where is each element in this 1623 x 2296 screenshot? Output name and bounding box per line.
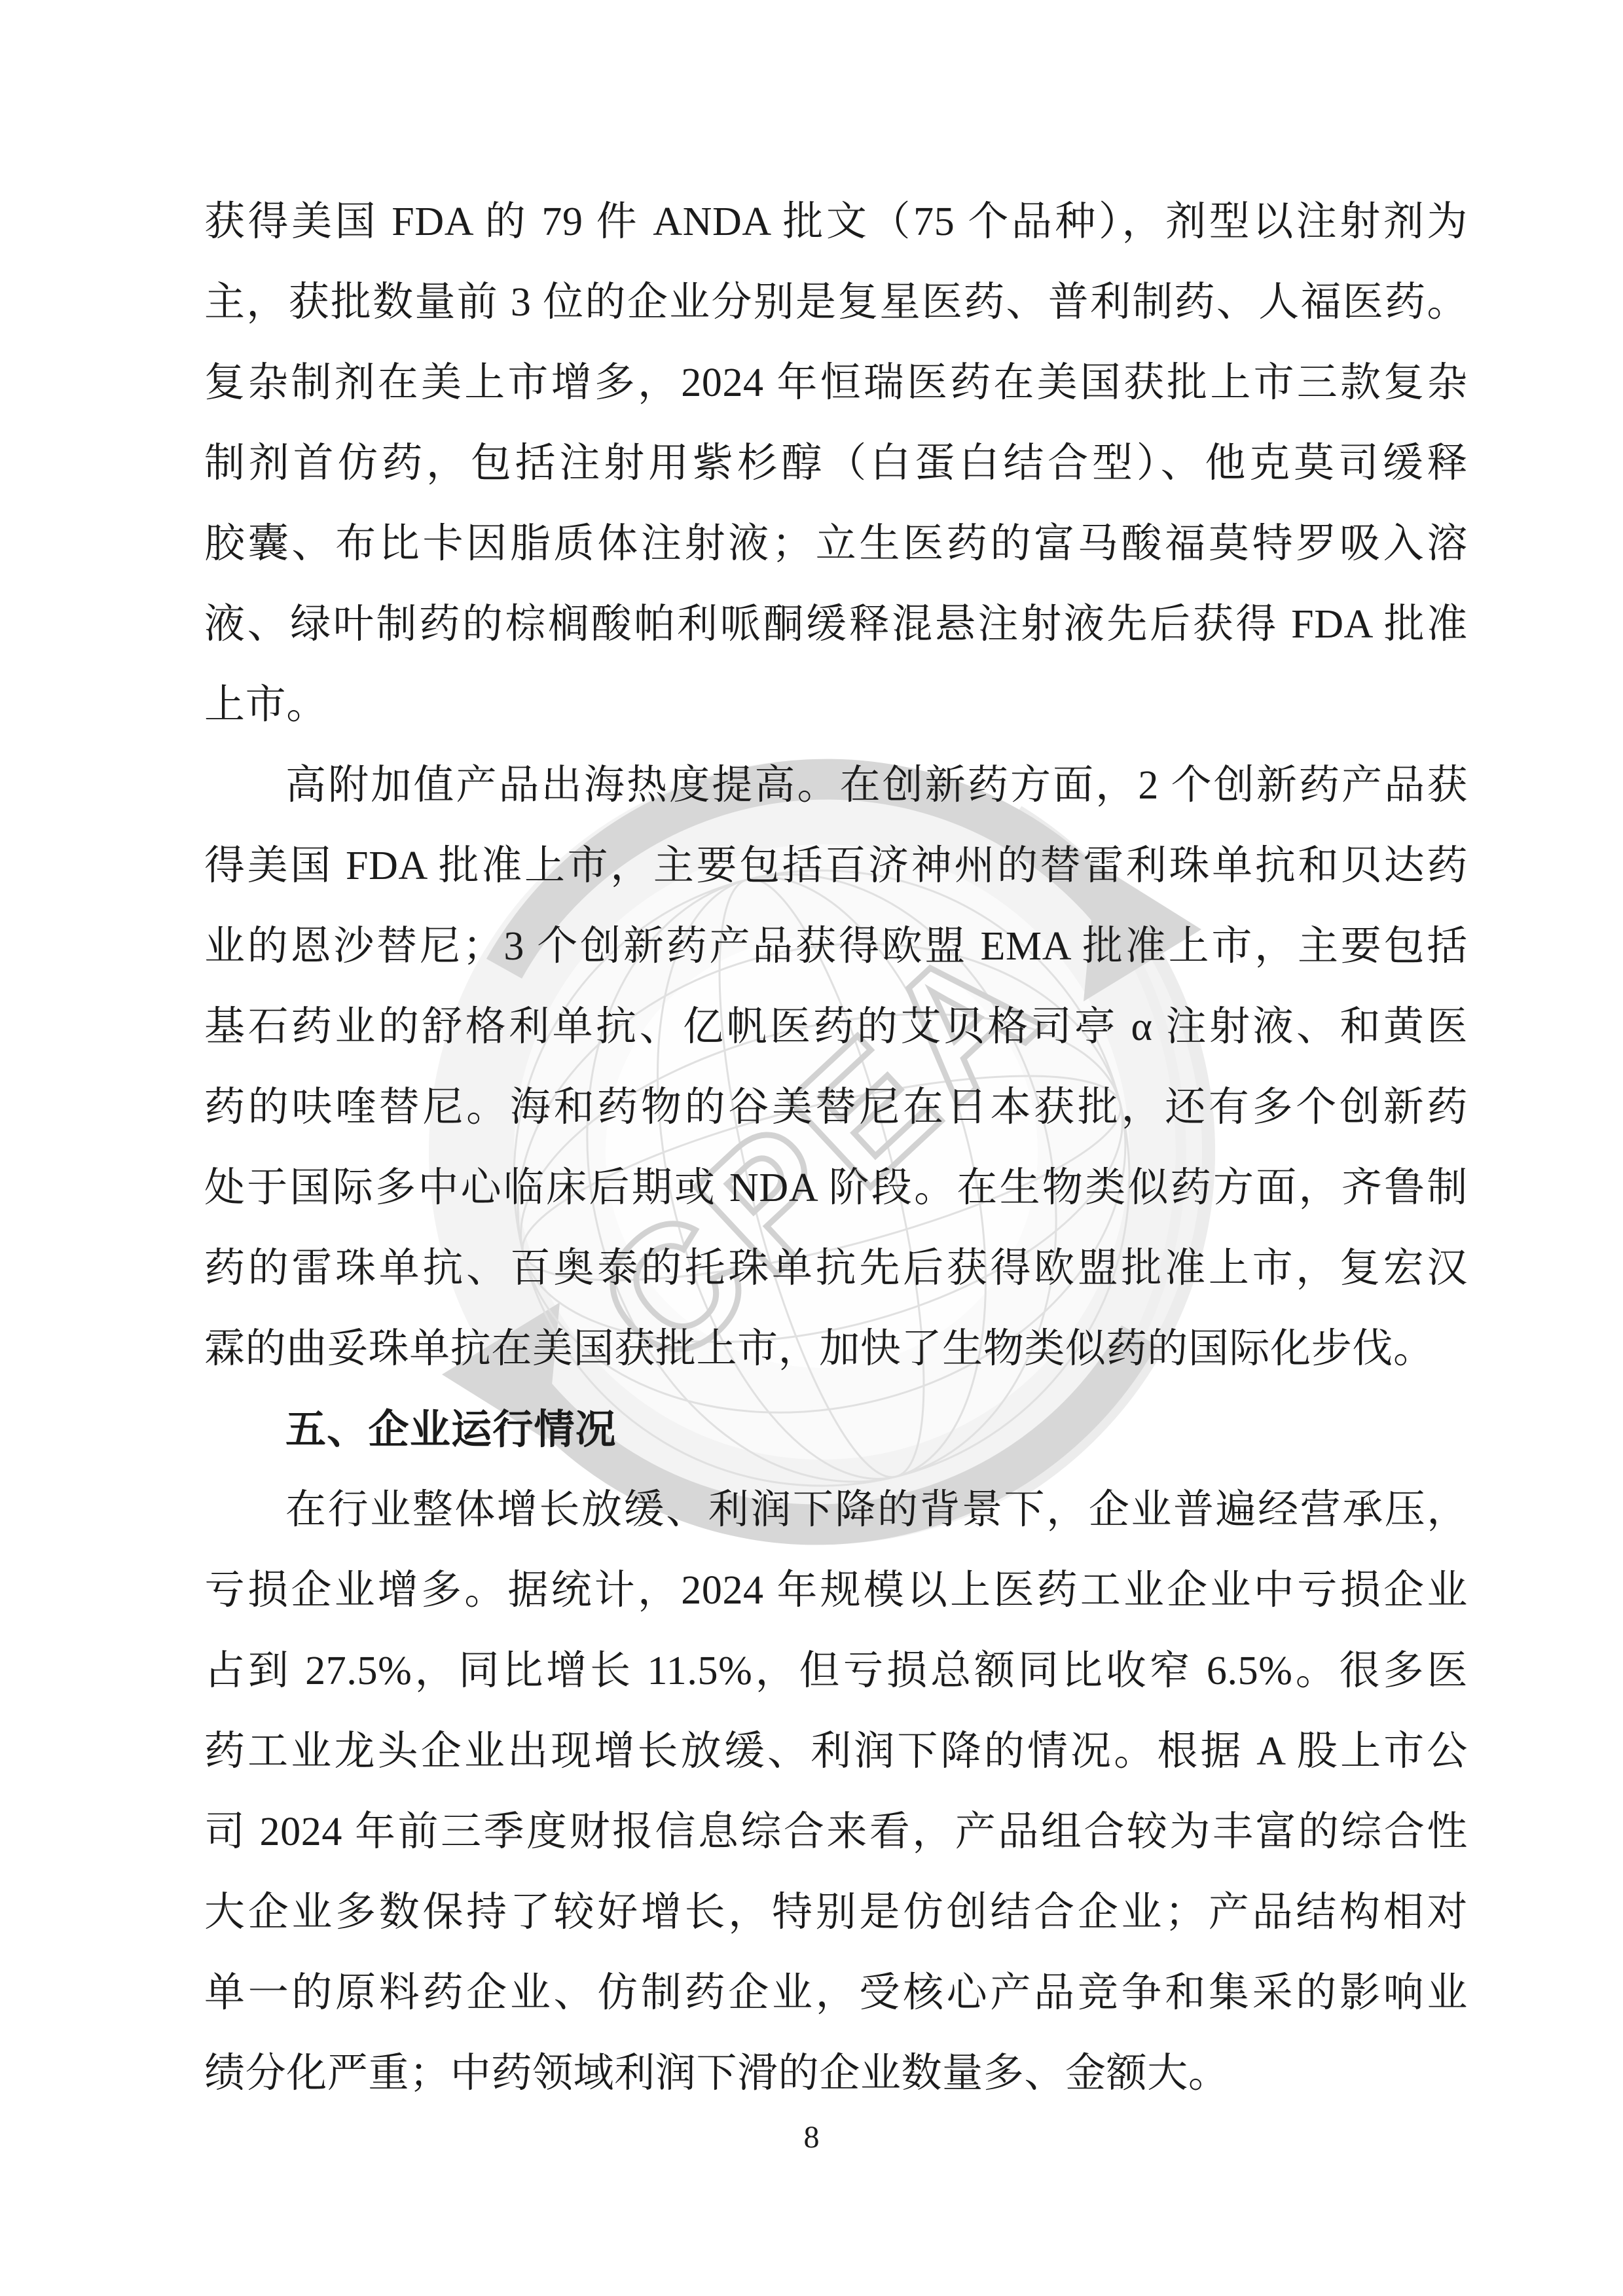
body-line: 单一的原料药企业、仿制药企业，受核心产品竞争和集采的影响业 [204,1953,1468,2034]
body-line: 高附加值产品出海热度提高。在创新药方面，2 个创新药产品获 [204,745,1468,826]
body-line: 液、绿叶制药的棕榈酸帕利哌酮缓释混悬注射液先后获得 FDA 批准 [204,584,1468,665]
body-line: 药的呋喹替尼。海和药物的谷美替尼在日本获批，还有多个创新药 [204,1067,1468,1148]
body-line: 制剂首仿药，包括注射用紫杉醇（白蛋白结合型）、他克莫司缓释 [204,423,1468,504]
body-line: 大企业多数保持了较好增长，特别是仿创结合企业；产品结构相对 [204,1873,1468,1953]
body-line: 主，获批数量前 3 位的企业分别是复星医药、普利制药、人福医药。 [204,262,1468,343]
body-line: 处于国际多中心临床后期或 NDA 阶段。在生物类似药方面，齐鲁制 [204,1148,1468,1229]
body-line: 霖的曲妥珠单抗在美国获批上市，加快了生物类似药的国际化步伐。 [204,1309,1468,1390]
body-line: 复杂制剂在美上市增多，2024 年恒瑞医药在美国获批上市三款复杂 [204,343,1468,423]
page-number: 8 [0,2119,1623,2155]
body-line: 业的恩沙替尼；3 个创新药产品获得欧盟 EMA 批准上市，主要包括 [204,906,1468,987]
body-line: 司 2024 年前三季度财报信息综合来看，产品组合较为丰富的综合性 [204,1792,1468,1873]
body-line: 亏损企业增多。据统计，2024 年规模以上医药工业企业中亏损企业 [204,1551,1468,1631]
body-line: 得美国 FDA 批准上市，主要包括百济神州的替雷利珠单抗和贝达药 [204,826,1468,906]
body-line: 基石药业的舒格利单抗、亿帆医药的艾贝格司亭 α 注射液、和黄医 [204,987,1468,1067]
section-heading: 五、企业运行情况 [204,1390,1468,1470]
body-line: 胶囊、布比卡因脂质体注射液；立生医药的富马酸福莫特罗吸入溶 [204,504,1468,584]
body-line: 药的雷珠单抗、百奥泰的托珠单抗先后获得欧盟批准上市，复宏汉 [204,1229,1468,1309]
document-text-column: 获得美国 FDA 的 79 件 ANDA 批文（75 个品种），剂型以注射剂为 … [204,182,1468,2114]
body-line: 绩分化严重；中药领域利润下滑的企业数量多、金额大。 [204,2034,1468,2114]
body-line: 药工业龙头企业出现增长放缓、利润下降的情况。根据 A 股上市公 [204,1712,1468,1792]
body-line: 上市。 [204,665,1468,745]
body-line: 占到 27.5%，同比增长 11.5%，但亏损总额同比收窄 6.5%。很多医 [204,1631,1468,1712]
body-line: 在行业整体增长放缓、利润下降的背景下，企业普遍经营承压， [204,1470,1468,1551]
body-line: 获得美国 FDA 的 79 件 ANDA 批文（75 个品种），剂型以注射剂为 [204,182,1468,262]
